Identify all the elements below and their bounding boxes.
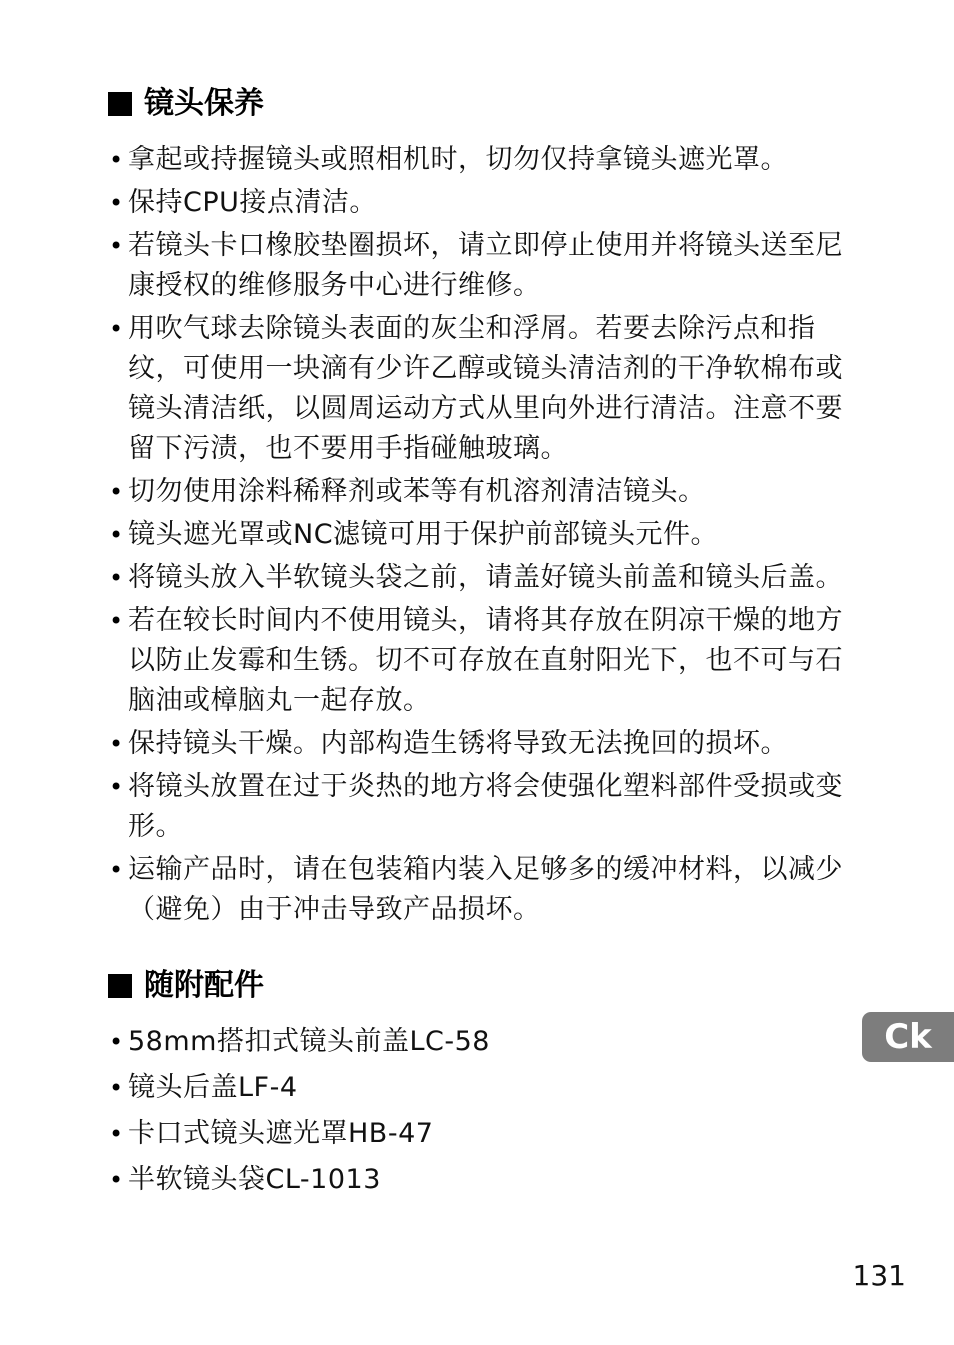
list-item: 将镜头放置在过于炎热的地方将会使强化塑料部件受损或变形。 xyxy=(108,767,850,847)
page-content: 镜头保养 拿起或持握镜头或照相机时，切勿仅持拿镜头遮光罩。 保持CPU接点清洁。… xyxy=(108,86,850,1230)
list-item: 镜头遮光罩或NC滤镜可用于保护前部镜头元件。 xyxy=(108,515,850,555)
list-item: 保持镜头干燥。内部构造生锈将导致无法挽回的损坏。 xyxy=(108,724,850,764)
black-square-icon xyxy=(108,974,132,998)
lens-care-list: 拿起或持握镜头或照相机时，切勿仅持拿镜头遮光罩。 保持CPU接点清洁。 若镜头卡… xyxy=(108,140,850,930)
list-item: 拿起或持握镜头或照相机时，切勿仅持拿镜头遮光罩。 xyxy=(108,140,850,180)
manual-page: 镜头保养 拿起或持握镜头或照相机时，切勿仅持拿镜头遮光罩。 保持CPU接点清洁。… xyxy=(0,0,954,1345)
list-item: 运输产品时，请在包装箱内装入足够多的缓冲材料，以减少（避免）由于冲击导致产品损坏… xyxy=(108,850,850,930)
section-title-supplied-accessories: 随附配件 xyxy=(108,968,850,1004)
language-tab-ck: Ck xyxy=(862,1012,954,1062)
list-item: 镜头后盖LF-4 xyxy=(108,1068,850,1108)
section-supplied-accessories: 随附配件 58mm搭扣式镜头前盖LC-58 镜头后盖LF-4 卡口式镜头遮光罩H… xyxy=(108,968,850,1200)
section-title-lens-care: 镜头保养 xyxy=(108,86,850,122)
list-item: 将镜头放入半软镜头袋之前，请盖好镜头前盖和镜头后盖。 xyxy=(108,558,850,598)
language-tab-label: Ck xyxy=(884,1020,932,1054)
page-number: 131 xyxy=(853,1260,906,1292)
list-item: 切勿使用涂料稀释剂或苯等有机溶剂清洁镜头。 xyxy=(108,472,850,512)
list-item: 若镜头卡口橡胶垫圈损坏，请立即停止使用并将镜头送至尼康授权的维修服务中心进行维修… xyxy=(108,226,850,306)
list-item: 半软镜头袋CL-1013 xyxy=(108,1160,850,1200)
list-item: 58mm搭扣式镜头前盖LC-58 xyxy=(108,1022,850,1062)
section-title-text: 镜头保养 xyxy=(144,86,264,122)
accessories-list: 58mm搭扣式镜头前盖LC-58 镜头后盖LF-4 卡口式镜头遮光罩HB-47 … xyxy=(108,1022,850,1200)
section-lens-care: 镜头保养 拿起或持握镜头或照相机时，切勿仅持拿镜头遮光罩。 保持CPU接点清洁。… xyxy=(108,86,850,930)
list-item: 保持CPU接点清洁。 xyxy=(108,183,850,223)
list-item: 卡口式镜头遮光罩HB-47 xyxy=(108,1114,850,1154)
list-item: 用吹气球去除镜头表面的灰尘和浮屑。若要去除污点和指纹，可使用一块滴有少许乙醇或镜… xyxy=(108,309,850,469)
section-title-text: 随附配件 xyxy=(144,968,264,1004)
black-square-icon xyxy=(108,92,132,116)
list-item: 若在较长时间内不使用镜头，请将其存放在阴凉干燥的地方以防止发霉和生锈。切不可存放… xyxy=(108,601,850,721)
